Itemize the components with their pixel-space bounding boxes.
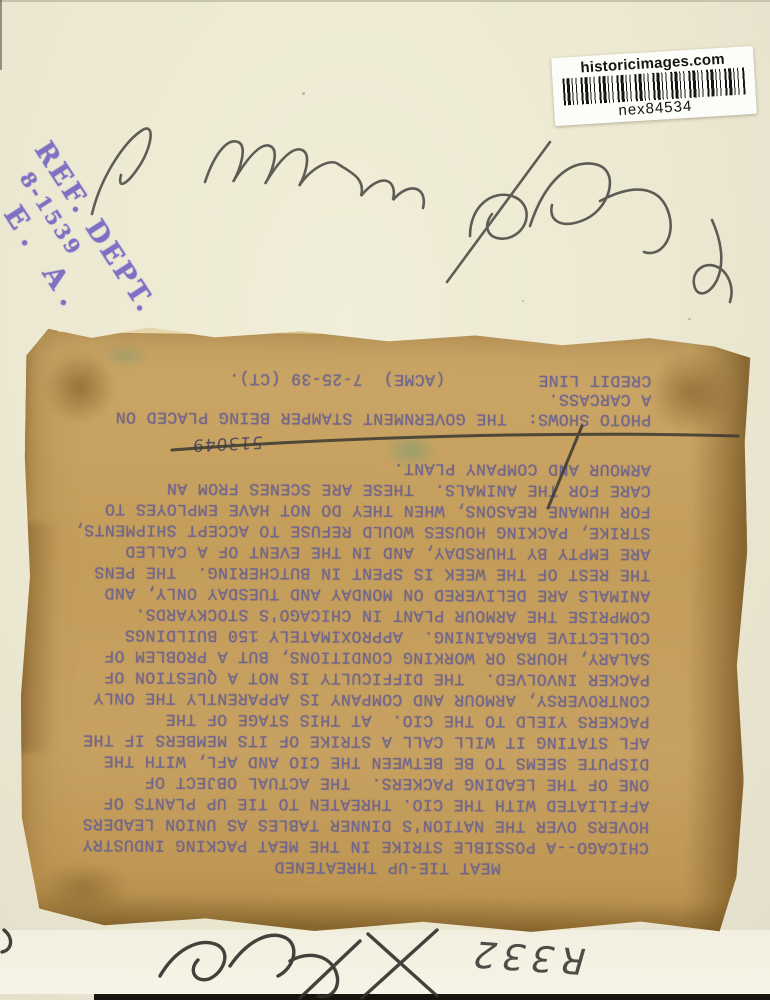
photo-left-edge-mark [0, 0, 2, 70]
caption-line: PACKER INVOLVED. THE DIFFICULTY IS NOT A… [58, 666, 650, 690]
caption-line: COLLECTIVE BARGAINING. APPROXIMATELY 150… [58, 624, 650, 648]
handwritten-code-r332: R332 [462, 932, 591, 981]
pencil-top-note-stroke [600, 190, 671, 254]
pencil-top-note-stroke [205, 141, 424, 208]
caption-line: ONE OF THE LEADING PACKERS. THE ACTUAL O… [57, 771, 649, 795]
caption-line: THE REST OF THE WEEK IS SPENT IN BUTCHER… [58, 561, 650, 585]
caption-line: ANIMALS ARE DELIVERED ON MONDAY AND TUES… [58, 582, 650, 606]
caption-line: HOVERS OVER THE NATION'S DINNER TABLES A… [57, 813, 649, 837]
caption-line: AFL STATING IT WILL CALL A STRIKE OF ITS… [57, 729, 649, 753]
pencil-top-note-stroke [470, 195, 527, 239]
caption-line: COMPRISE THE ARMOUR PLANT IN CHICAGO'S S… [58, 603, 650, 627]
pencil-number-row: 513049 [59, 426, 651, 459]
caption-body: CHICAGO--A POSSIBLE STRIKE IN THE MEAT P… [57, 456, 651, 858]
ref-dept-stamp: REF. DEPT. 8-1539 N. E. A. [0, 136, 162, 353]
photo-top-edge [0, 0, 770, 2]
caption-paper-slip: MEAT TIE-UP THREATENED CHICAGO--A POSSIB… [17, 322, 750, 937]
photo-bottom-edge [94, 994, 770, 1000]
paper-speck [302, 92, 305, 95]
caption-line: DISPUTE SEEMS TO BE BETWEEN THE CIO AND … [57, 750, 649, 774]
caption-line: SALARY, HOURS OR WORKING CONDITIONS, BUT… [58, 645, 650, 669]
pencil-top-note-stroke [530, 164, 610, 226]
caption-line: FOR HUMANE REASONS, WHEN THEY DO NOT HAV… [59, 498, 651, 522]
caption-line: STRIKE, PACKING HOUSES WOULD REFUSE TO A… [58, 519, 650, 543]
credit-line: CREDIT LINE (ACME) 7-25-39 (CT). [59, 368, 651, 391]
pencil-slash-stroke [447, 142, 550, 282]
press-photo-back: historicimages.com nex84534 REF. DEPT. 8… [0, 0, 770, 1000]
paper-speck [688, 318, 691, 320]
photo-lower-margin [0, 930, 770, 994]
caption-line: ARMOUR AND COMPANY PLANT. [59, 456, 651, 480]
barcode-sticker: historicimages.com nex84534 [551, 46, 757, 126]
pencil-top-note-stroke [92, 129, 151, 214]
paper-speck [522, 300, 524, 302]
caption-line: CONTROVERSY, ARMOUR AND COMPANY IS APPAR… [58, 687, 650, 711]
caption-title: MEAT TIE-UP THREATENED [57, 855, 649, 879]
typed-caption-block: MEAT TIE-UP THREATENED CHICAGO--A POSSIB… [20, 326, 747, 934]
caption-line: CHICAGO--A POSSIBLE STRIKE IN THE MEAT P… [57, 834, 649, 858]
pencil-top-note-stroke [694, 220, 732, 302]
caption-line: ARE EMPTY BY THURSDAY, AND IN THE EVENT … [58, 540, 650, 564]
pencil-photo-number: 513049 [192, 430, 264, 454]
caption-line: AFFILIATED WITH THE CIO. THREATEN TO TIE… [57, 792, 649, 816]
